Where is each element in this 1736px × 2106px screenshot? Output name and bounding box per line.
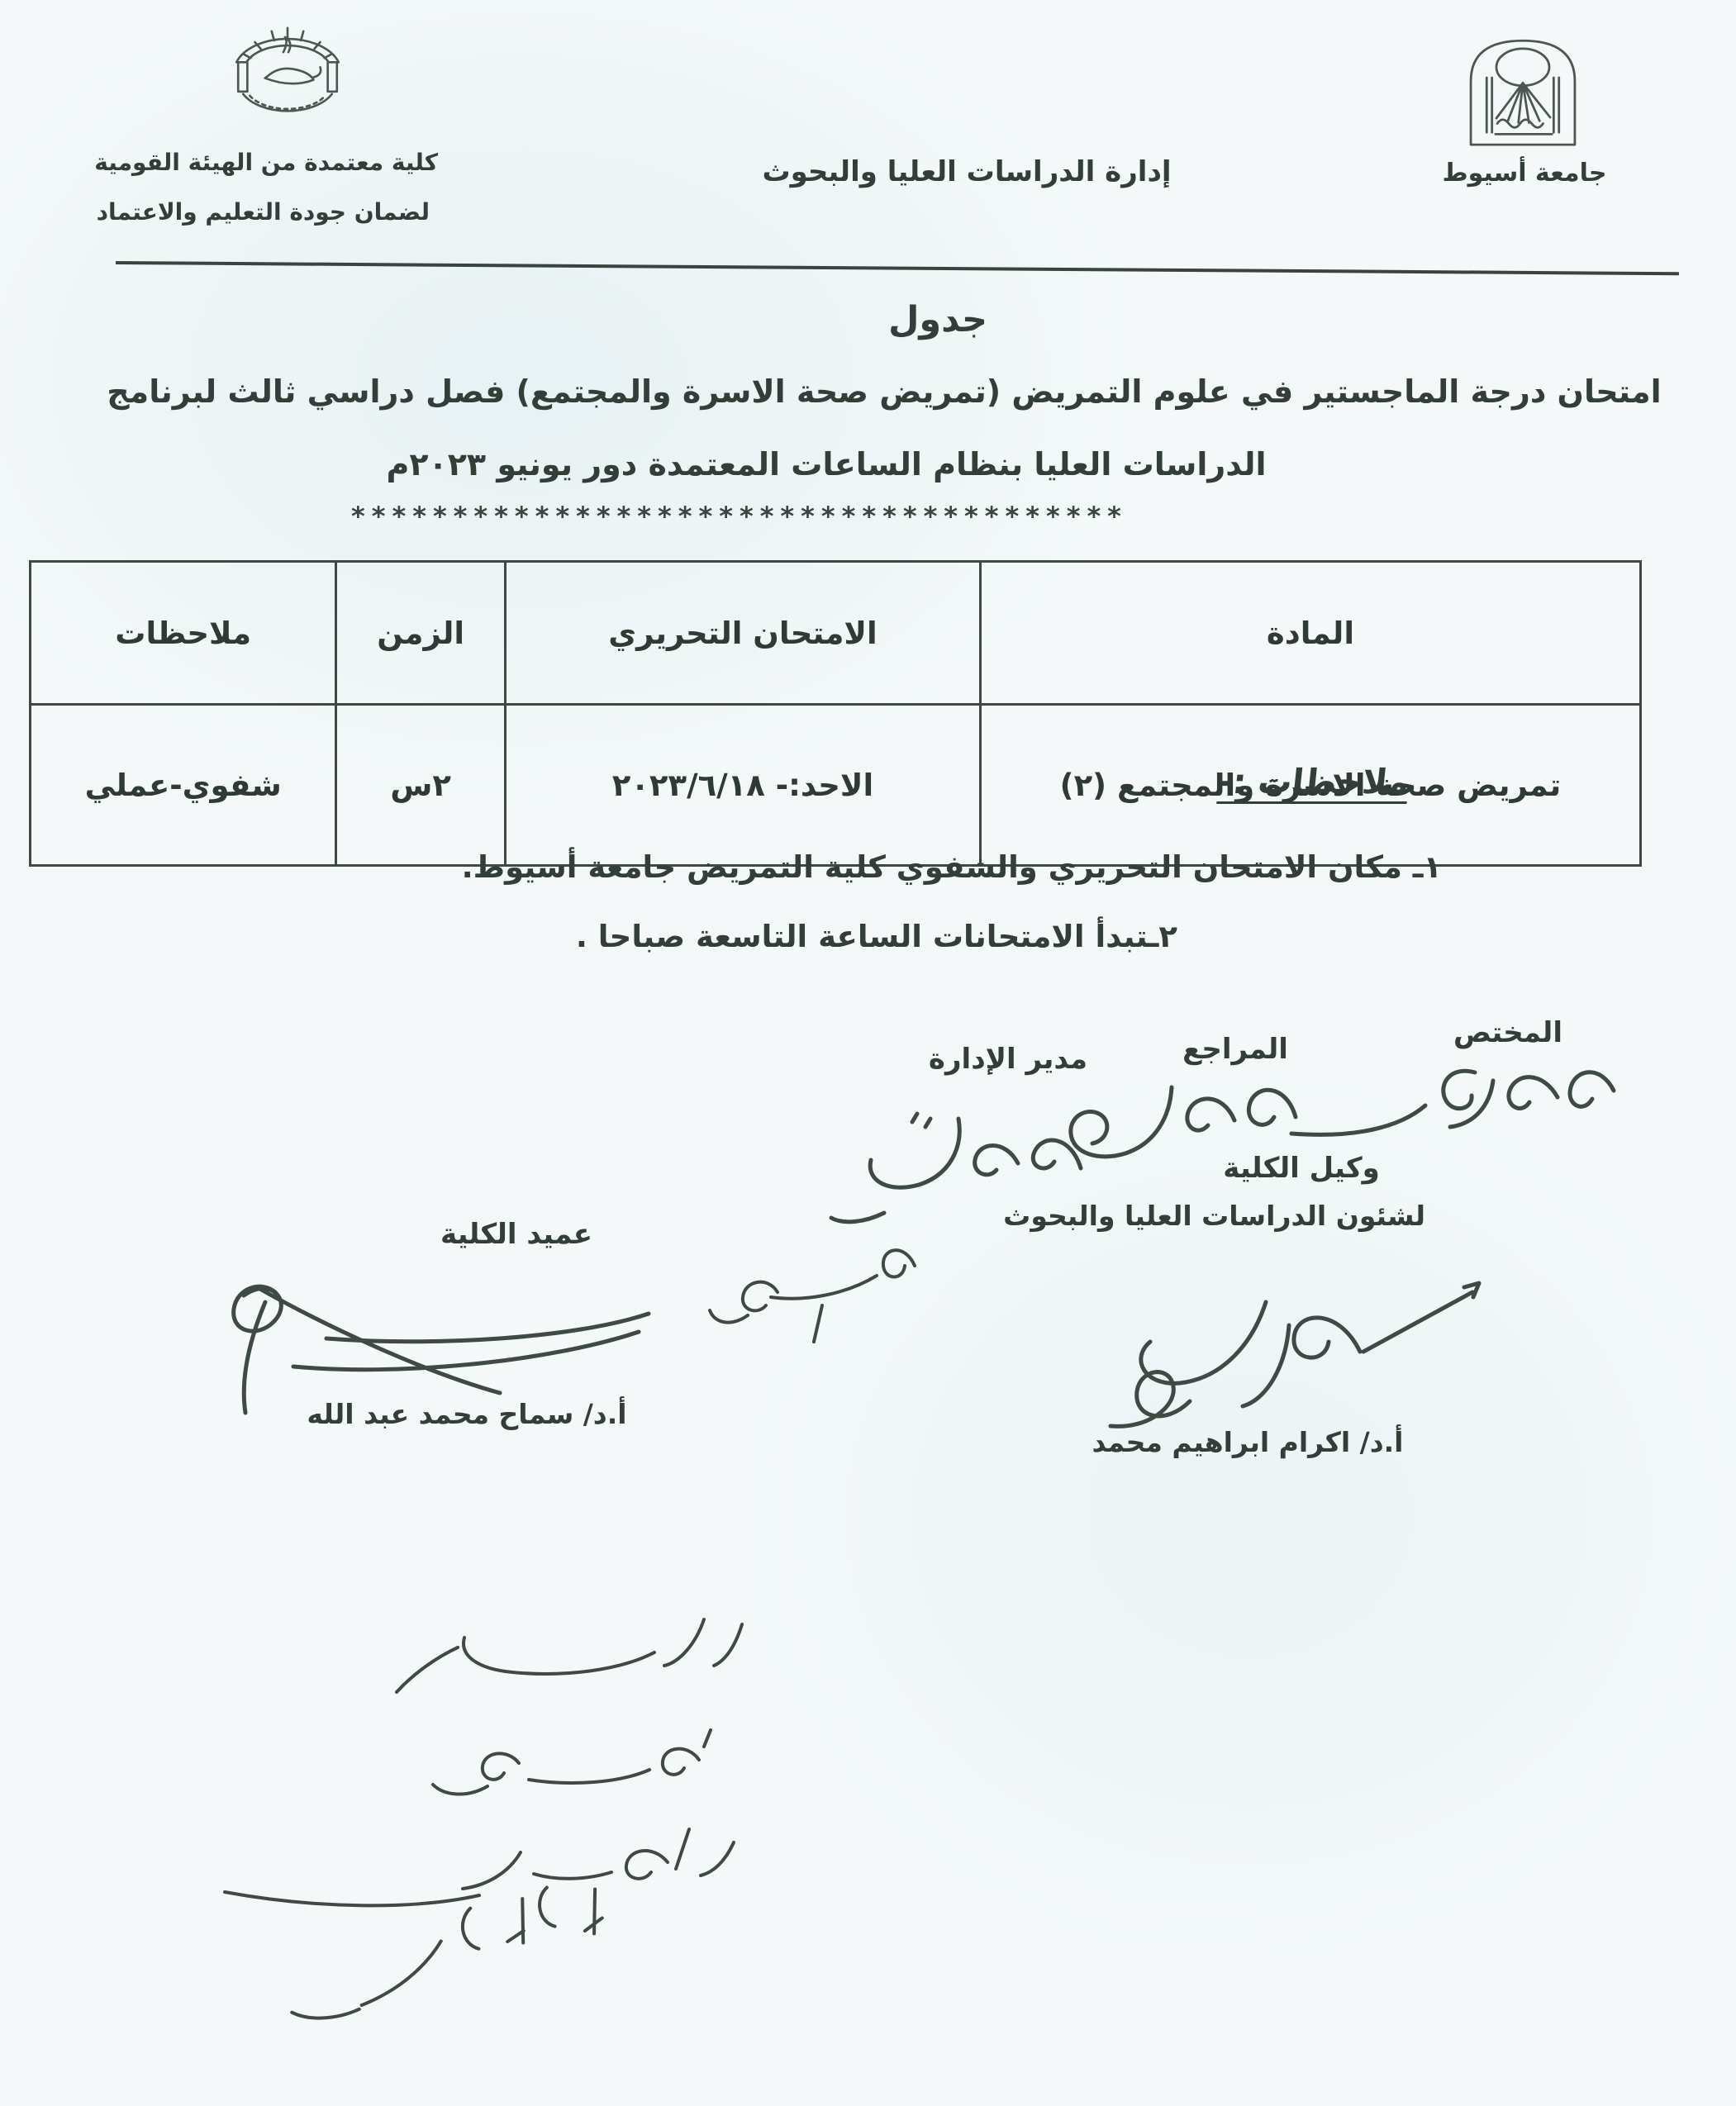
intro-line-2: الدراسات العليا بنظام الساعات المعتمدة د… bbox=[331, 446, 1322, 483]
asterisk-separator: ************************************** bbox=[351, 501, 1004, 532]
exam-schedule-table-wrap: المادة الامتحان التحريري الزمن ملاحظات ت… bbox=[29, 560, 1642, 867]
header-subject: المادة bbox=[980, 562, 1640, 705]
header-written-exam: الامتحان التحريري bbox=[505, 562, 980, 705]
university-emblem-icon bbox=[1457, 31, 1589, 149]
cell-notes: شفوي-عملي bbox=[31, 705, 336, 866]
header-time: الزمن bbox=[336, 562, 506, 705]
handwritten-secretary-line bbox=[421, 1710, 727, 1809]
vice-dean-signature bbox=[1091, 1253, 1487, 1434]
document-title: جدول bbox=[835, 299, 1041, 340]
cell-written-exam-date: الاحد:- ٢٠٢٣/٦/١٨ bbox=[505, 705, 980, 866]
council-handwritten-note bbox=[698, 1223, 946, 1363]
dean-title: عميد الكلية bbox=[421, 1218, 611, 1251]
accreditation-lamp-emblem bbox=[225, 21, 350, 127]
table-header-row: المادة الامتحان التحريري الزمن ملاحظات bbox=[31, 562, 1641, 705]
header-notes: ملاحظات bbox=[31, 562, 336, 705]
vice-dean-title-line1: وكيل الكلية bbox=[1202, 1152, 1401, 1185]
cell-time: ٢س bbox=[336, 705, 506, 866]
accreditation-caption-line1: كلية معتمدة من الهيئة القومية bbox=[149, 149, 438, 176]
note-item-1: ١ـ مكان الامتحان التحريري والشفوي كلية ا… bbox=[462, 849, 1442, 885]
vice-dean-title-line2: لشئون الدراسات العليا والبحوث bbox=[1062, 1200, 1425, 1232]
note-item-2: ٢ـتبدأ الامتحانات الساعة التاسعة صباحا . bbox=[576, 919, 1177, 954]
exam-schedule-table: المادة الامتحان التحريري الزمن ملاحظات ت… bbox=[29, 560, 1642, 867]
accreditation-caption-line2: لضمان جودة التعليم والاعتماد bbox=[157, 198, 430, 226]
header-divider bbox=[116, 261, 1679, 275]
vice-dean-name: أ.د/ اكرام ابراهيم محمد bbox=[1070, 1426, 1425, 1458]
dean-signature bbox=[186, 1262, 665, 1419]
department-title: إدارة الدراسات العليا والبحوث bbox=[727, 155, 1206, 188]
handwritten-approval-line bbox=[388, 1595, 760, 1702]
dean-name: أ.د/ سماح محمد عبد الله bbox=[264, 1398, 669, 1430]
university-caption: جامعة أسيوط bbox=[1438, 159, 1611, 188]
assiut-university-emblem bbox=[1457, 31, 1589, 149]
intro-line-1: امتحان درجة الماجستير في علوم التمريض (ت… bbox=[99, 373, 1669, 410]
scanned-document-page: جامعة أسيوط إدارة الدراسات العليا والبحو… bbox=[0, 0, 1736, 2106]
notes-heading: ملاحظات :- bbox=[1216, 762, 1410, 801]
accreditation-emblem-icon bbox=[225, 21, 350, 127]
specialist-label: المختص bbox=[1438, 1016, 1578, 1049]
